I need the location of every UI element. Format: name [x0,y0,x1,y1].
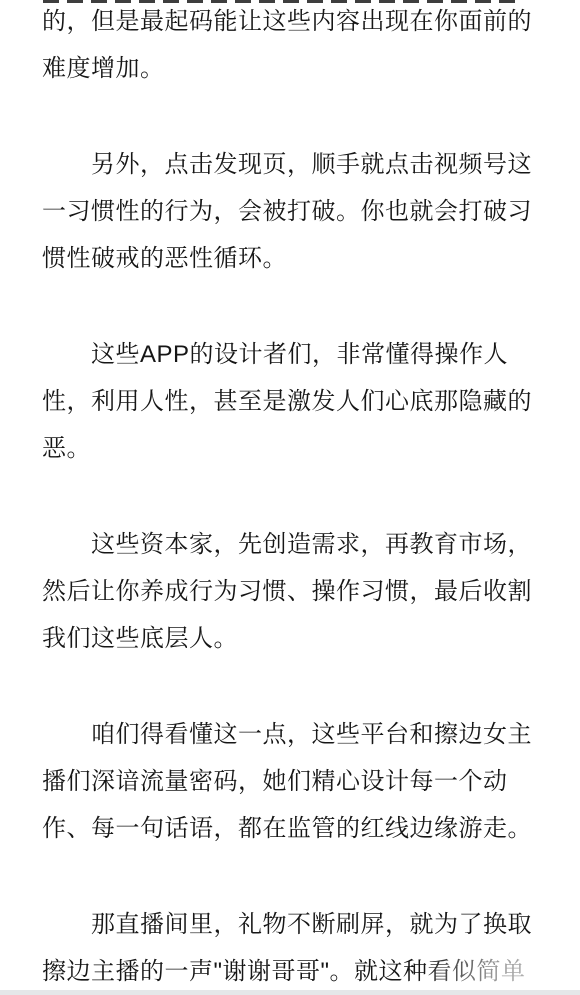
paragraph: 的，但是最起码能让这些内容出现在你面前的 难度增加。 [42,0,536,92]
paragraph: 这些APP的设计者们，非常懂得操作人 性，利用人性，甚至是激发人们心底那隐藏的 … [42,331,536,472]
paragraph: 那直播间里，礼物不断刷屏，就为了换取 擦边主播的一声"谢谢哥哥"。就这种看似简单 [42,901,536,995]
paragraph: 咱们得看懂这一点，这些平台和擦边女主 播们深谙流量密码，她们精心设计每一个动 作… [42,711,536,852]
bottom-separator [0,990,580,995]
article-body: 的，但是最起码能让这些内容出现在你面前的 难度增加。 另外，点击发现页，顺手就点… [0,0,580,995]
paragraph: 另外，点击发现页，顺手就点击视频号这 一习惯性的行为，会被打破。你也就会打破习 … [42,141,536,282]
paragraph: 这些资本家，先创造需求，再教育市场， 然后让你养成行为习惯、操作习惯，最后收割 … [42,521,536,662]
